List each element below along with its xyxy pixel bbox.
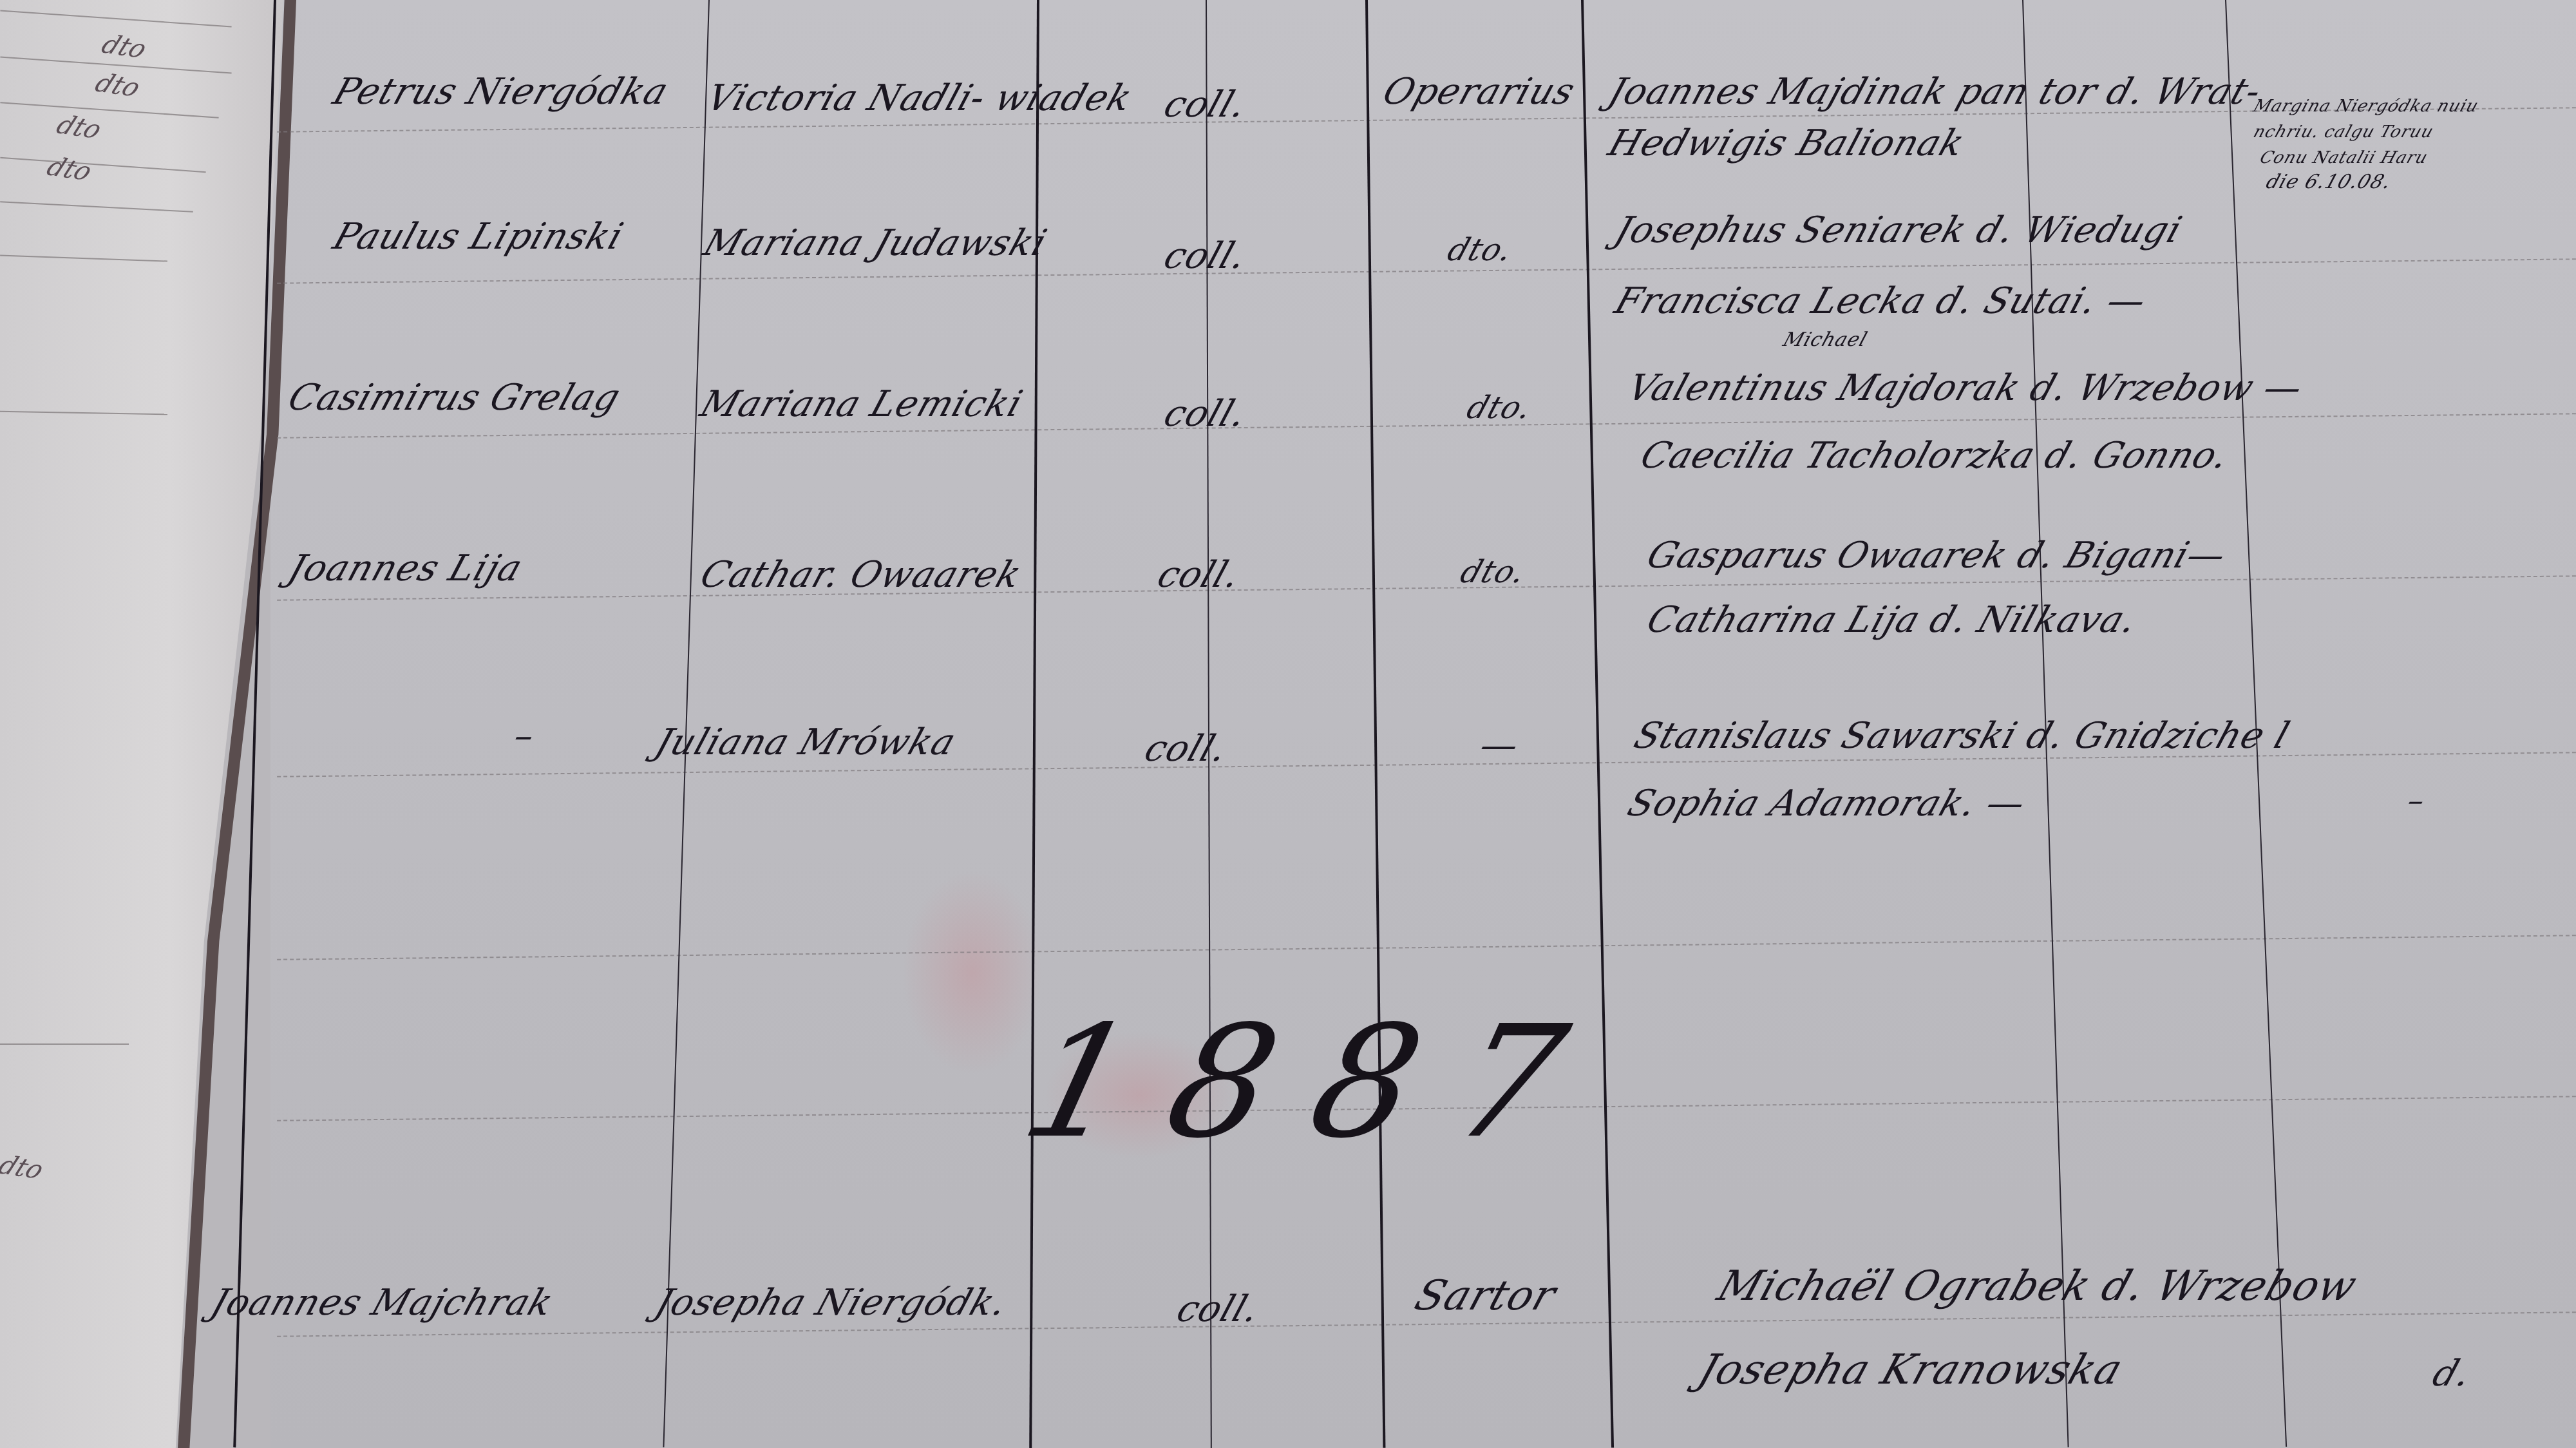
year-heading: 1887 <box>1008 992 1627 1172</box>
witnesses-line-1: Josephus Seniarek d. Wiedugi <box>1609 209 2187 251</box>
status: coll. <box>1159 84 1252 126</box>
witnesses-line-2: Caecilia Tacholorzka d. Gonno. <box>1635 435 2234 477</box>
witnesses-line-2: Sophia Adamorak. — <box>1622 783 2031 824</box>
occupation: Sartor <box>1409 1272 1562 1320</box>
witnesses-line-1: Gasparus Owaarek d. Bigani— <box>1642 535 2231 576</box>
groom-name: Joannes Majchrak <box>205 1282 558 1324</box>
status: coll. <box>1139 728 1233 770</box>
bride-name: Josepha Niergódk. <box>650 1282 1012 1324</box>
occupation: Operarius <box>1378 71 1580 113</box>
bride-name: Mariana Judawski <box>698 222 1052 264</box>
remark-line: nchriu. calgu Toruu <box>2251 122 2436 142</box>
red-stain <box>902 870 1043 1076</box>
witnesses-line-1: Michaël Ograbek d. Wrzebow <box>1712 1262 2363 1310</box>
witnesses-line-2: Catharina Lija d. Nilkava. <box>1642 599 2142 641</box>
bride-name: Juliana Mrówka <box>650 721 961 763</box>
witness-correction: Michael <box>1780 329 1870 351</box>
occupation: dto. <box>1456 554 1531 590</box>
status: coll. <box>1159 235 1252 277</box>
groom-name: Petrus Niergódka <box>328 71 674 113</box>
status: coll. <box>1171 1288 1265 1330</box>
witnesses-line-2: Josepha Kranowska <box>1692 1346 2129 1394</box>
witnesses-line-1: Stanislaus Sawarski d. Gnidziche l <box>1629 715 2295 757</box>
groom-name: Casimirus Grelag <box>283 377 625 419</box>
witnesses-line-2: Hedwigis Balionak <box>1603 122 1970 164</box>
remark-line: die 6.10.08. <box>2263 171 2394 193</box>
remark-line: Margina Niergódka nuiu <box>2251 97 2481 116</box>
witnesses-line-1: Valentinus Majdorak d. Wrzebow — <box>1622 367 2308 409</box>
status: coll. <box>1159 393 1252 435</box>
groom-name: Joannes Lija <box>283 548 527 589</box>
bride-name: Victoria Nadli- wiadek <box>701 77 1137 119</box>
bride-name: Mariana Lemicki <box>695 383 1028 425</box>
status: coll. <box>1152 554 1245 596</box>
witnesses-line-1: Joannes Majdinak pan tor d. Wrat- <box>1603 71 2266 113</box>
occupation: dto. <box>1443 232 1518 268</box>
remark-line: Conu Natalii Haru <box>2257 148 2430 167</box>
witnesses-line-2: Francisca Lecka d. Sutai. — <box>1609 280 2152 322</box>
left-page-rule <box>0 1043 129 1045</box>
occupation: dto. <box>1463 390 1537 426</box>
bride-name: Cathar. Owaarek <box>695 554 1027 596</box>
groom-name: Paulus Lipinski <box>328 216 629 258</box>
